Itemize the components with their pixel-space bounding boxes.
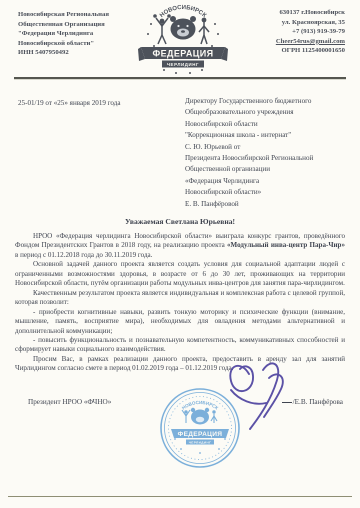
recipient-line: Е. В. Панфёровой — [185, 199, 347, 210]
org-name-line: "Федерация Черлидинга — [18, 29, 143, 39]
paragraph-goal: Основной задачей данного проекта являетс… — [15, 260, 345, 288]
federation-logo: НОВОСИБИРСК — [138, 4, 228, 76]
org-inn: ИНН 5407950492 — [18, 48, 143, 58]
org-address-line: ул. Красноярская, 35 — [217, 18, 345, 28]
recipient-line: Новосибирской области» — [185, 187, 347, 198]
handwritten-signature — [219, 356, 297, 436]
org-name-block: Новосибирская Региональная Общественная … — [18, 10, 143, 58]
paragraph-grant: НРОО «Федерация черлидинга Новосибирской… — [15, 232, 345, 260]
scanned-letter-page: Новосибирская Региональная Общественная … — [0, 0, 360, 508]
stamp-bear-icon — [191, 408, 209, 425]
org-email: Cheer54rus@gmail.com — [217, 37, 345, 47]
stamp-banner-text: ФЕДЕРАЦИЯ — [178, 431, 223, 438]
org-phone: +7 (913) 919-39-79 — [217, 27, 345, 37]
recipient-line: Президента Новосибирской Региональной — [185, 153, 347, 164]
svg-text:НОВОСИБИРСК: НОВОСИБИРСК — [159, 5, 207, 19]
stamp-sub-text: ЧЕРЛИДИНГ — [189, 440, 212, 444]
logo-banner-text: ФЕДЕРАЦИЯ — [153, 49, 214, 59]
recipient-line: «Федерация Черлидинга — [185, 176, 347, 187]
stamp-arc-text: НОВОСИБИРСК — [181, 400, 219, 411]
logo-arc-text: НОВОСИБИРСК — [159, 5, 207, 19]
cheerleader-figure-icon — [153, 14, 171, 44]
recipient-line: Общеобразовательного учреждения — [185, 107, 347, 118]
athlete-figure-icon — [199, 18, 209, 44]
paragraph-grant-dates: в период с 01.12.2018 года до 30.11.2019… — [15, 251, 152, 259]
org-name-line: Новосибирская Региональная — [18, 10, 143, 20]
outgoing-number-date: 25-01/19 от «25» января 2019 года — [18, 99, 121, 107]
logo-subbanner: ЧЕРЛИДИНГ — [162, 61, 204, 68]
org-name-line: Новосибирской области" — [18, 39, 143, 49]
svg-text:НОВОСИБИРСК: НОВОСИБИРСК — [181, 400, 219, 411]
bullet-item: - приобрести когнитивные навыки, развить… — [15, 308, 345, 336]
signer-title: Президент НРОО «ФЧНО» — [28, 398, 111, 406]
org-name-line: Общественная Организация — [18, 20, 143, 30]
org-ogrn: ОГРН 1125400001650 — [217, 46, 345, 56]
header-divider — [14, 77, 346, 80]
recipient-line: "Коррекционная школа - интернат" — [185, 130, 347, 141]
bullet-item: - повысить функциональность и познавател… — [15, 336, 345, 355]
paragraph-results: Качественным результатом проекта являетс… — [15, 289, 345, 308]
letter-body: НРОО «Федерация черлидинга Новосибирской… — [15, 232, 345, 374]
bear-head-icon — [170, 16, 196, 40]
signer-name-text: /Е.В. Панфёрова — [293, 398, 343, 406]
recipient-line: Новосибирской области — [185, 119, 347, 130]
footer-divider — [8, 496, 352, 497]
org-contacts-block: 630137 г.Новосибирск ул. Красноярская, 3… — [217, 8, 345, 56]
recipient-line: Директору Государственного бюджетного — [185, 96, 347, 107]
recipient-line: Общественной организации — [185, 164, 347, 175]
recipient-line: С. Ю. Юрьевой от — [185, 142, 347, 153]
recipient-block: Директору Государственного бюджетного Об… — [185, 96, 347, 210]
logo-sub-text: ЧЕРЛИДИНГ — [167, 62, 199, 67]
salutation: Уважаемая Светлана Юрьевна! — [0, 217, 360, 226]
org-address-line: 630137 г.Новосибирск — [217, 8, 345, 18]
project-name: «Модульный инва-центр Пара-Чир» — [227, 241, 345, 249]
logo-banner: ФЕДЕРАЦИЯ — [138, 47, 228, 61]
